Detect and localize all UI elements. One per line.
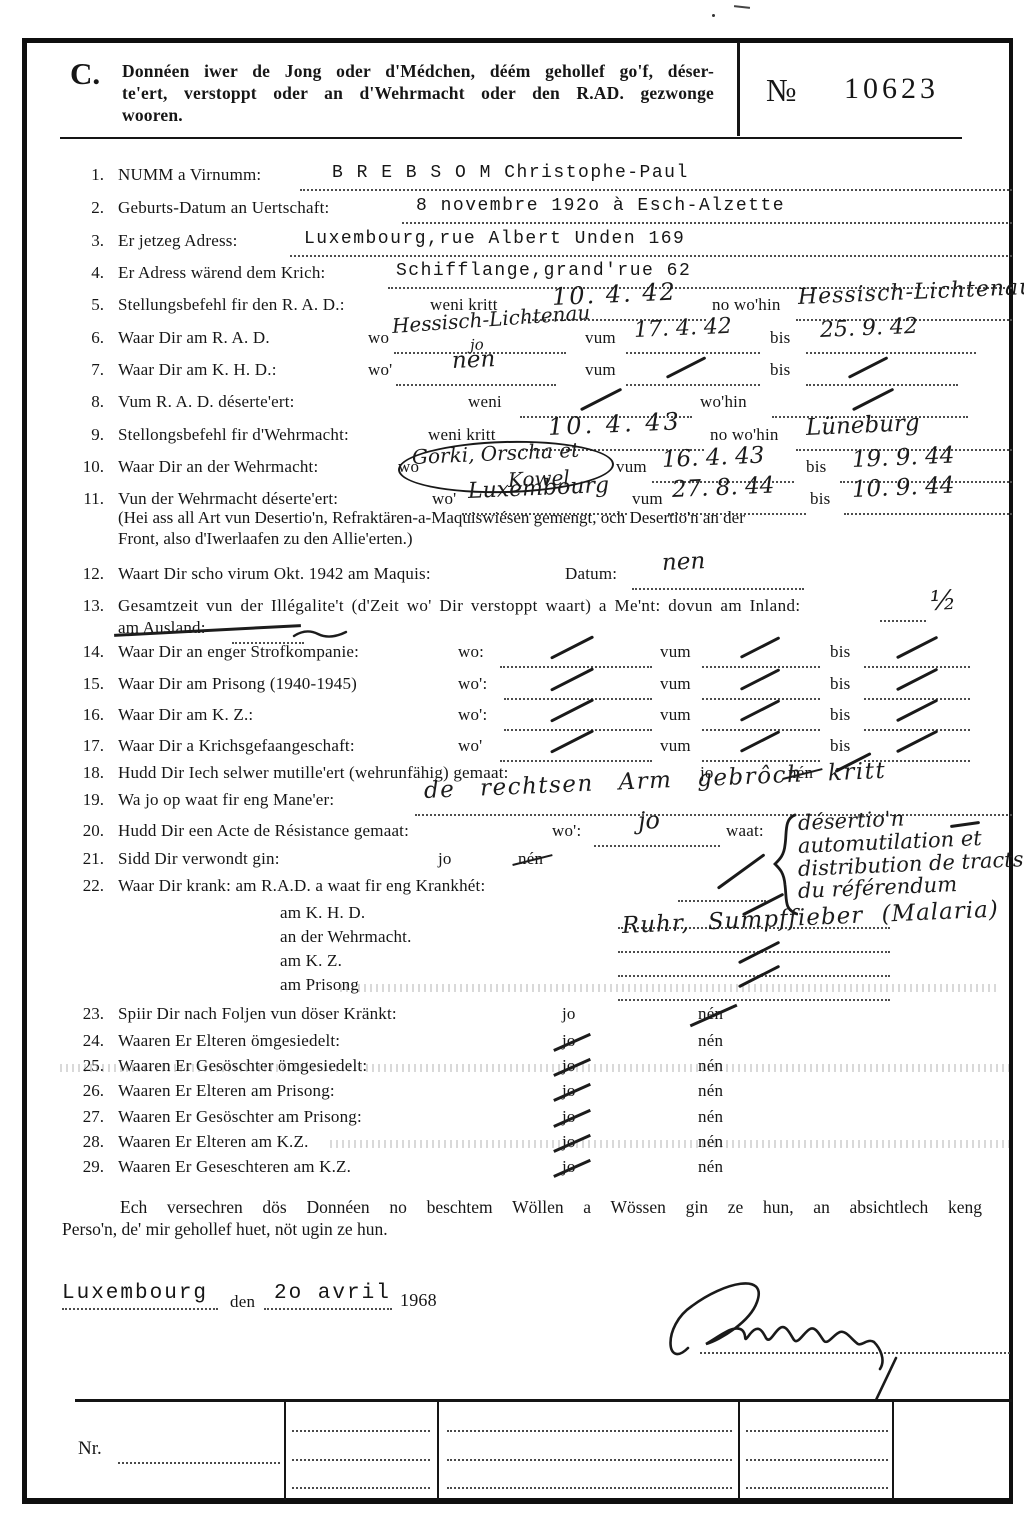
row-11-handwritten-to: 10. 9. 44 xyxy=(851,473,954,503)
row-10-field-vum: vum xyxy=(616,457,647,477)
row-9-label: Stellongsbefehl fir d'Wehrmacht: xyxy=(118,425,349,445)
row-2-label: Geburts-Datum an Uertschaft: xyxy=(118,198,329,218)
form-row-15: 15. Waar Dir am Prisong (1940-1945) wo':… xyxy=(0,672,1024,704)
row-6-label: Waar Dir am R. A. D. xyxy=(118,328,270,348)
row-21-answer-nen: nén xyxy=(518,849,543,869)
dotted-line xyxy=(62,1284,218,1310)
form-row-3: 3. Er jetzeg Adress: Luxembourg,rue Albe… xyxy=(0,229,1024,261)
form-number-label: № xyxy=(766,72,797,109)
scanned-form-page: C. Donnéen iwer de Jong oder d'Médchen, … xyxy=(0,0,1024,1530)
section-letter: C. xyxy=(70,56,100,92)
form-row-20: 20. Hudd Dir een Acte de Résistance gema… xyxy=(0,819,1024,851)
row-21-label: Sidd Dir verwondt gin: xyxy=(118,849,280,869)
row-29-answer-nen: nén xyxy=(698,1157,723,1177)
row-15-field-bis: bis xyxy=(830,674,850,694)
row-7-label: Waar Dir am K. H. D.: xyxy=(118,360,277,380)
row-2-typed-value: 8 novembre 192o à Esch-Alzette xyxy=(416,196,785,216)
dotted-line xyxy=(746,1414,888,1432)
row-22-label: Waar Dir krank: am R.A.D. a waat fir eng… xyxy=(118,876,485,896)
row-number: 1. xyxy=(70,165,104,185)
row-number: 8. xyxy=(70,392,104,412)
row-17-field-vum: vum xyxy=(660,736,691,756)
dotted-line xyxy=(746,1443,888,1461)
row-8-field-weni: weni xyxy=(468,392,502,412)
dotted-line xyxy=(632,564,804,590)
form-row-7: 7. Waar Dir am K. H. D.: wo' nen vum bis xyxy=(0,358,1024,390)
row-24-answer-nen: nén xyxy=(698,1031,723,1051)
row-13-label-ausland: am Ausland: xyxy=(118,618,206,638)
dotted-line xyxy=(447,1414,732,1432)
dotted-line xyxy=(504,674,652,700)
row-number: 19. xyxy=(70,790,104,810)
row-14-field-wo: wo: xyxy=(458,642,484,662)
row-17-field-bis: bis xyxy=(830,736,850,756)
handwritten-brace xyxy=(772,813,798,917)
row-14-field-bis: bis xyxy=(830,642,850,662)
row-20-field-waat: waat: xyxy=(726,821,764,841)
row-20-label: Hudd Dir een Acte de Résistance gemaat: xyxy=(118,821,409,841)
row-number: 6. xyxy=(70,328,104,348)
dotted-line xyxy=(264,1284,392,1310)
scan-smear xyxy=(330,1140,1010,1148)
header-divider-line xyxy=(737,42,740,136)
row-24-answer-jo: jo xyxy=(562,1031,576,1051)
row-number: 16. xyxy=(70,705,104,725)
row-11-field-vum: vum xyxy=(632,489,663,509)
dotted-line xyxy=(447,1443,732,1461)
row-10-handwritten-from: 16. 4. 43 xyxy=(661,443,764,473)
row-17-label: Waar Dir a Krichsgefaangeschaft: xyxy=(118,736,355,756)
row-number: 21. xyxy=(70,849,104,869)
row-number: 24. xyxy=(70,1031,104,1051)
row-5-label: Stellungsbefehl fir den R. A. D.: xyxy=(118,295,345,315)
row-9-handwritten-place: Lüneburg xyxy=(805,410,920,441)
dotted-line xyxy=(504,705,652,731)
row-26-answer-nen: nén xyxy=(698,1081,723,1101)
signature-scrawl xyxy=(660,1272,960,1402)
row-24-label: Waaren Er Elteren ömgesiedelt: xyxy=(118,1031,340,1051)
row-15-field-vum: vum xyxy=(660,674,691,694)
table-top-rule xyxy=(75,1399,1012,1402)
row-number: 15. xyxy=(70,674,104,694)
row-3-label: Er jetzeg Adress: xyxy=(118,231,238,251)
row-13-label: Gesamtzeit vun der Illégalite't (d'Zeit … xyxy=(118,596,801,616)
row-16-field-bis: bis xyxy=(830,705,850,725)
row-22-sub-khd: am K. H. D. xyxy=(280,903,365,923)
year-value: 1968 xyxy=(400,1290,437,1311)
scan-smear xyxy=(340,984,1000,992)
row-number: 2. xyxy=(70,198,104,218)
row-29-answer-jo: jo xyxy=(562,1157,576,1177)
row-9-handwritten-date: 10. 4. 43 xyxy=(547,407,682,441)
form-row-2: 2. Geburts-Datum an Uertschaft: 8 novemb… xyxy=(0,196,1024,228)
row-7-handwritten-nen: nen xyxy=(451,346,495,374)
row-14-label: Waar Dir an enger Strofkompanie: xyxy=(118,642,359,662)
row-number: 7. xyxy=(70,360,104,380)
row-number: 13. xyxy=(70,596,104,616)
row-11-label: Vun der Wehrmacht déserte'ert: xyxy=(118,489,338,509)
row-6-field-wo: wo xyxy=(368,328,389,348)
row-29-label: Waaren Er Geseschteren am K.Z. xyxy=(118,1157,351,1177)
row-20-handwritten-jo: jo xyxy=(637,806,660,835)
row-7-field-wo: wo' xyxy=(368,360,392,380)
dotted-line xyxy=(292,1414,430,1432)
row-11-note-line1: (Hei ass all Art vun Desertio'n, Refrakt… xyxy=(118,508,745,528)
row-number: 26. xyxy=(70,1081,104,1101)
row-number: 22. xyxy=(70,876,104,896)
form-row-1: 1. NUMM a Virnumm: B R E B S O M Christo… xyxy=(0,163,1024,195)
row-11-handwritten-from: 27. 8. 44 xyxy=(671,473,774,503)
table-vertical-line xyxy=(738,1400,740,1500)
row-number: 14. xyxy=(70,642,104,662)
row-12-handwritten-nen: nen xyxy=(661,548,705,576)
row-22-sub-wehrmacht: an der Wehrmacht. xyxy=(280,927,412,947)
form-row-12: 12. Waart Dir scho virum Okt. 1942 am Ma… xyxy=(0,562,1024,594)
row-5-field-no-wohin: no wo'hin xyxy=(712,295,781,315)
form-row-29: 29. Waaren Er Geseschteren am K.Z. jo né… xyxy=(0,1155,1024,1187)
row-number: 18. xyxy=(70,763,104,783)
row-20-field-wo: wo': xyxy=(552,821,581,841)
form-number-value: 10623 xyxy=(844,72,939,106)
row-12-field-datum: Datum: xyxy=(565,564,617,584)
dotted-line xyxy=(118,1446,280,1464)
row-6-handwritten-from: 17. 4. 42 xyxy=(633,314,732,343)
dotted-line xyxy=(292,1443,430,1461)
header-rule xyxy=(60,137,962,139)
den-label: den xyxy=(230,1292,255,1312)
dotted-line xyxy=(678,876,766,902)
dotted-line xyxy=(447,1471,732,1489)
row-23-answer-jo: jo xyxy=(562,1004,576,1024)
row-number: 23. xyxy=(70,1004,104,1024)
row-number: 12. xyxy=(70,564,104,584)
row-7-field-bis: bis xyxy=(770,360,790,380)
row-number: 29. xyxy=(70,1157,104,1177)
row-15-field-wo: wo': xyxy=(458,674,487,694)
row-11-note-line2: Front, also d'Iwerlaafen zu den Allie'er… xyxy=(118,529,413,549)
row-6-handwritten-to: 25. 9. 42 xyxy=(819,314,918,343)
row-28-label: Waaren Er Elteren am K.Z. xyxy=(118,1132,309,1152)
table-vertical-line xyxy=(284,1400,286,1500)
row-10-label: Waar Dir an der Wehrmacht: xyxy=(118,457,318,477)
dotted-line xyxy=(292,1471,430,1489)
row-3-typed-value: Luxembourg,rue Albert Unden 169 xyxy=(304,229,685,249)
declaration-line1: Ech versechren dös Donnéen no beschtem W… xyxy=(120,1197,982,1218)
row-13-handwritten-half: ½ xyxy=(929,585,956,617)
header-title-line2: te'ert, verstoppt oder an d'Wehrmacht od… xyxy=(122,82,714,104)
nr-label: Nr. xyxy=(78,1438,102,1460)
form-row-6: 6. Waar Dir am R. A. D. wo Hessisch-Lich… xyxy=(0,326,1024,358)
dotted-line xyxy=(806,360,958,386)
row-11-field-wo: wo' xyxy=(432,489,456,509)
row-14-field-vum: vum xyxy=(660,642,691,662)
row-23-label: Spiir Dir nach Foljen vun döser Kränkt: xyxy=(118,1004,397,1024)
row-1-typed-value: B R E B S O M Christophe-Paul xyxy=(332,163,689,183)
row-27-label: Waaren Er Gesöschter am Prisong: xyxy=(118,1107,362,1127)
dotted-line xyxy=(746,1471,888,1489)
row-number: 9. xyxy=(70,425,104,445)
scan-smear xyxy=(60,1064,1010,1072)
row-number: 11. xyxy=(70,489,104,509)
row-19-label: Wa jo op waat fir eng Mane'er: xyxy=(118,790,334,810)
header-title-line3: wooren. xyxy=(122,104,183,126)
row-10-field-bis: bis xyxy=(806,457,826,477)
table-vertical-line xyxy=(892,1400,894,1500)
declaration-line2: Perso'n, de' mir gehollef huet, nöt ugin… xyxy=(62,1219,388,1240)
row-15-label: Waar Dir am Prisong (1940-1945) xyxy=(118,674,357,694)
row-16-label: Waar Dir am K. Z.: xyxy=(118,705,253,725)
scan-speck xyxy=(712,14,715,17)
row-10-handwritten-to: 19. 9. 44 xyxy=(851,443,954,473)
row-23-answer-nen: nén xyxy=(698,1004,723,1024)
row-17-field-wo: wo' xyxy=(458,736,482,756)
form-row-16: 16. Waar Dir am K. Z.: wo': vum bis xyxy=(0,703,1024,735)
row-number: 28. xyxy=(70,1132,104,1152)
row-27-answer-jo: jo xyxy=(562,1107,576,1127)
row-22-sub-kz: am K. Z. xyxy=(280,951,342,971)
row-12-label: Waart Dir scho virum Okt. 1942 am Maquis… xyxy=(118,564,431,584)
row-27-answer-nen: nén xyxy=(698,1107,723,1127)
row-8-field-wohin: wo'hin xyxy=(700,392,747,412)
row-4-label: Er Adress wärend dem Krich: xyxy=(118,263,325,283)
row-26-label: Waaren Er Elteren am Prisong: xyxy=(118,1081,335,1101)
row-11-field-bis: bis xyxy=(810,489,830,509)
row-1-label: NUMM a Virnumm: xyxy=(118,165,261,185)
row-21-answer-jo: jo xyxy=(438,849,452,869)
table-vertical-line xyxy=(437,1400,439,1500)
row-6-field-bis: bis xyxy=(770,328,790,348)
header-title-line1: Donnéen iwer de Jong oder d'Médchen, déé… xyxy=(122,60,714,82)
row-number: 27. xyxy=(70,1107,104,1127)
row-number: 10. xyxy=(70,457,104,477)
form-row-14: 14. Waar Dir an enger Strofkompanie: wo:… xyxy=(0,640,1024,672)
row-number: 4. xyxy=(70,263,104,283)
row-8-label: Vum R. A. D. déserte'ert: xyxy=(118,392,295,412)
row-7-field-vum: vum xyxy=(585,360,616,380)
row-26-answer-jo: jo xyxy=(562,1081,576,1101)
row-16-field-vum: vum xyxy=(660,705,691,725)
row-number: 5. xyxy=(70,295,104,315)
scan-speck xyxy=(734,5,750,9)
row-6-field-vum: vum xyxy=(585,328,616,348)
row-number: 17. xyxy=(70,736,104,756)
row-9-field-no-wohin: no wo'hin xyxy=(710,425,779,445)
row-number: 3. xyxy=(70,231,104,251)
row-16-field-wo: wo': xyxy=(458,705,487,725)
row-number: 20. xyxy=(70,821,104,841)
